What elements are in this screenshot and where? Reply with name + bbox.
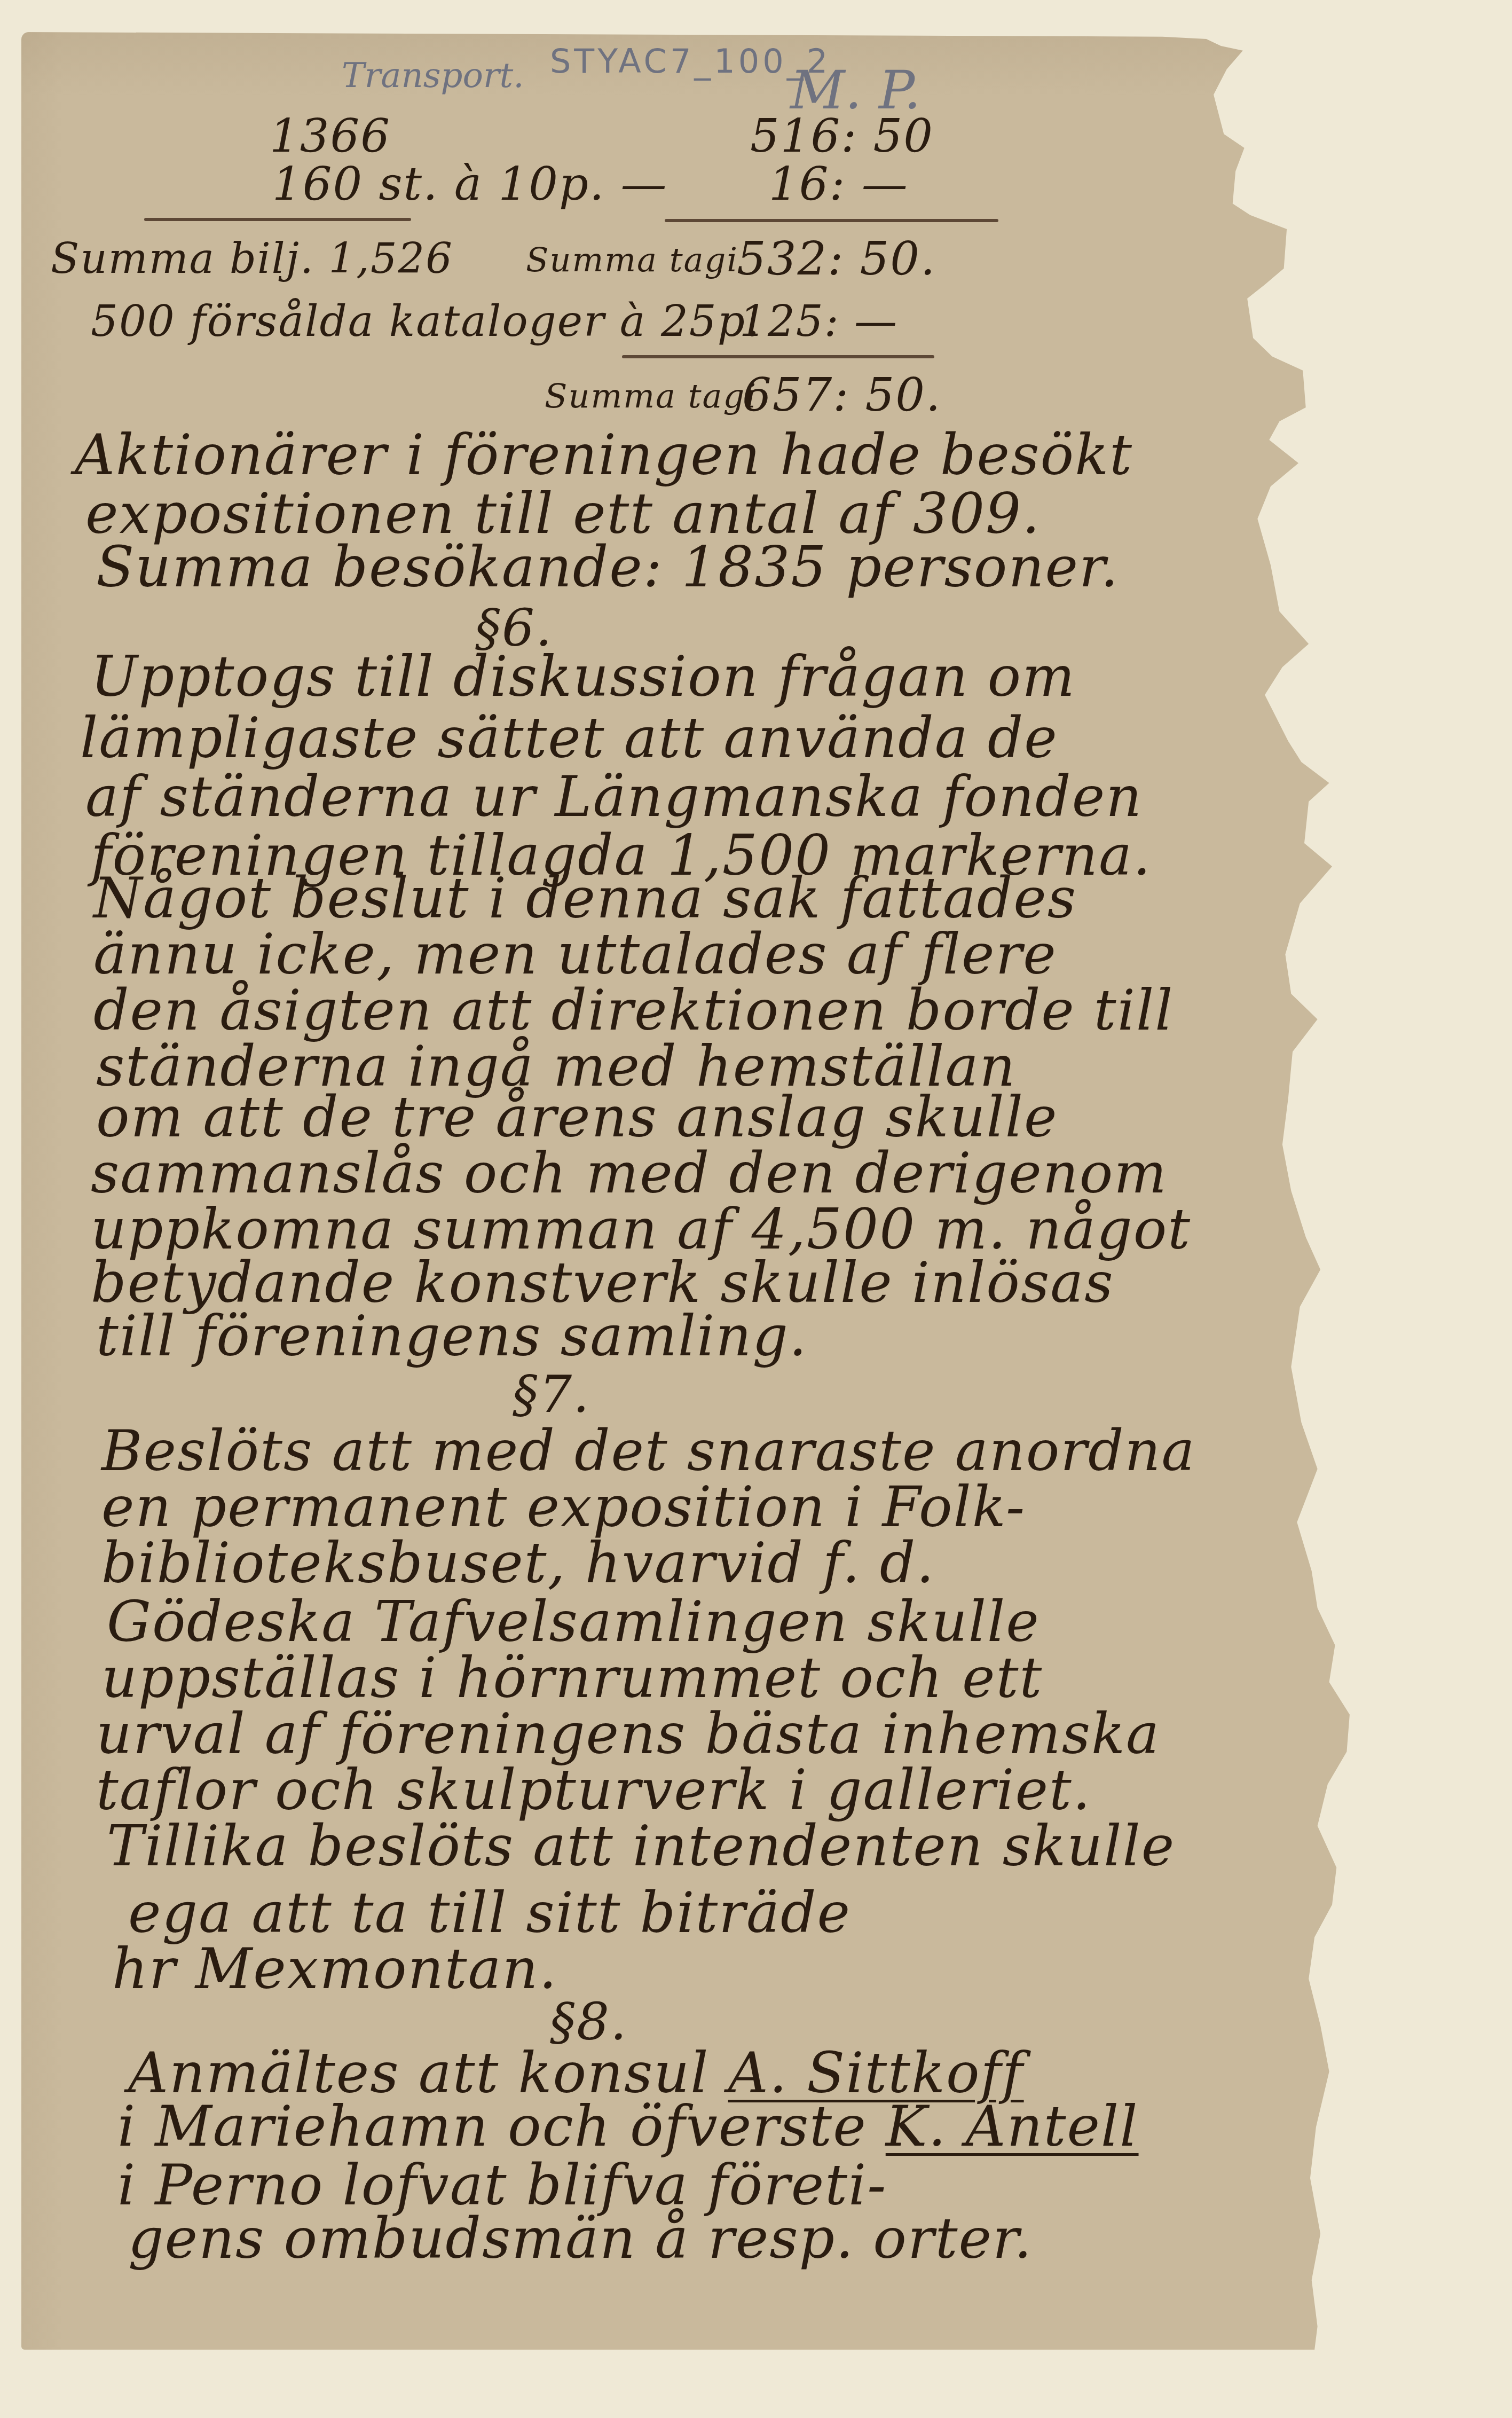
ledger-rule-total	[622, 355, 934, 358]
s6-line-6: ännu icke, men uttalades af flere	[93, 927, 1057, 982]
archive-stamp: STYAC7_100_2	[550, 42, 831, 81]
s6-line-10: sammanslås och med den derigenom	[91, 1145, 1168, 1201]
ledger-row5-middle: Summa tagi	[545, 376, 757, 415]
s7-line-5: uppställas i hörnrummet och ett	[101, 1650, 1043, 1706]
s7-line-9: ega att ta till sitt biträde	[128, 1885, 851, 1941]
ledger-row4-left: 500 försålda kataloger à 25p.	[91, 296, 760, 346]
ledger-row3-middle: Summa tagi	[526, 240, 738, 279]
s6-line-3: af ständerna ur Längmanska fonden	[85, 769, 1143, 825]
ledger-row1-right: 516: 50	[750, 109, 934, 163]
s7-line-7: taflor och skulpturverk i galleriet.	[96, 1762, 1091, 1818]
s6-line-12: betydande konstverk skulle inlösas	[91, 1255, 1114, 1310]
section-7-heading: §7.	[513, 1364, 590, 1424]
s6-line-1: Upptogs till diskussion frågan om	[91, 649, 1076, 704]
s8-line-1: Anmältes att konsul A. Sittkoff	[128, 2045, 1024, 2101]
s6-line-11: uppkomna summan af 4,500 m. något	[91, 1202, 1191, 1257]
s7-line-3: biblioteksbuset, hvarvid f. d.	[101, 1535, 935, 1591]
ledger-rule-right	[665, 219, 998, 222]
ledger-row2-left: 160 st. à 10p. —	[272, 158, 668, 211]
s7-line-1: Beslöts att med det snaraste anordna	[101, 1423, 1196, 1479]
s8-line-3: i Perno lofvat blifva företi-	[117, 2157, 887, 2213]
s8-line-4: gens ombudsmän å resp. orter.	[128, 2211, 1033, 2266]
s8-line-2: i Mariehamn och öfverste K. Antell	[117, 2099, 1139, 2154]
transport-label: Transport.	[342, 56, 524, 96]
s7-line-4: Gödeska Tafvelsamlingen skulle	[107, 1594, 1040, 1650]
intro-line-2: expositionen till ett antal af 309.	[85, 486, 1041, 541]
name-antell: K. Antell	[886, 2094, 1139, 2159]
ledger-row1-left: 1366	[270, 109, 391, 163]
ledger-row3-right: 532: 50.	[737, 232, 936, 286]
s6-line-2: lämpligaste sättet att använda de	[80, 710, 1058, 766]
s7-line-10: hr Mexmontan.	[112, 1941, 558, 1997]
s7-line-2: en permanent exposition i Folk-	[101, 1479, 1026, 1535]
intro-line-3: Summa besökande: 1835 personer.	[96, 539, 1119, 595]
s6-line-9: om att de tre årens anslag skulle	[96, 1089, 1058, 1145]
intro-line-1: Aktionärer i föreningen hade besökt	[75, 427, 1133, 483]
ledger-row5-right: 657: 50.	[742, 368, 941, 422]
s6-line-7: den åsigten att direktionen borde till	[93, 983, 1174, 1038]
s8-line-2-text: i Mariehamn och öfverste	[117, 2094, 886, 2159]
s6-line-13: till föreningens samling.	[96, 1308, 808, 1364]
s7-line-6: urval af föreningens bästa inhemska	[96, 1706, 1160, 1762]
ledger-rule-left	[144, 218, 411, 221]
s7-line-8: Tillika beslöts att intendenten skulle	[107, 1818, 1175, 1874]
s6-line-5: Något beslut i denna sak fattades	[93, 870, 1077, 926]
ledger-row3-left: Summa bilj. 1,526	[51, 235, 453, 283]
ledger-row4-right: 125: —	[739, 296, 898, 346]
ledger-row2-right: 16: —	[769, 158, 909, 211]
